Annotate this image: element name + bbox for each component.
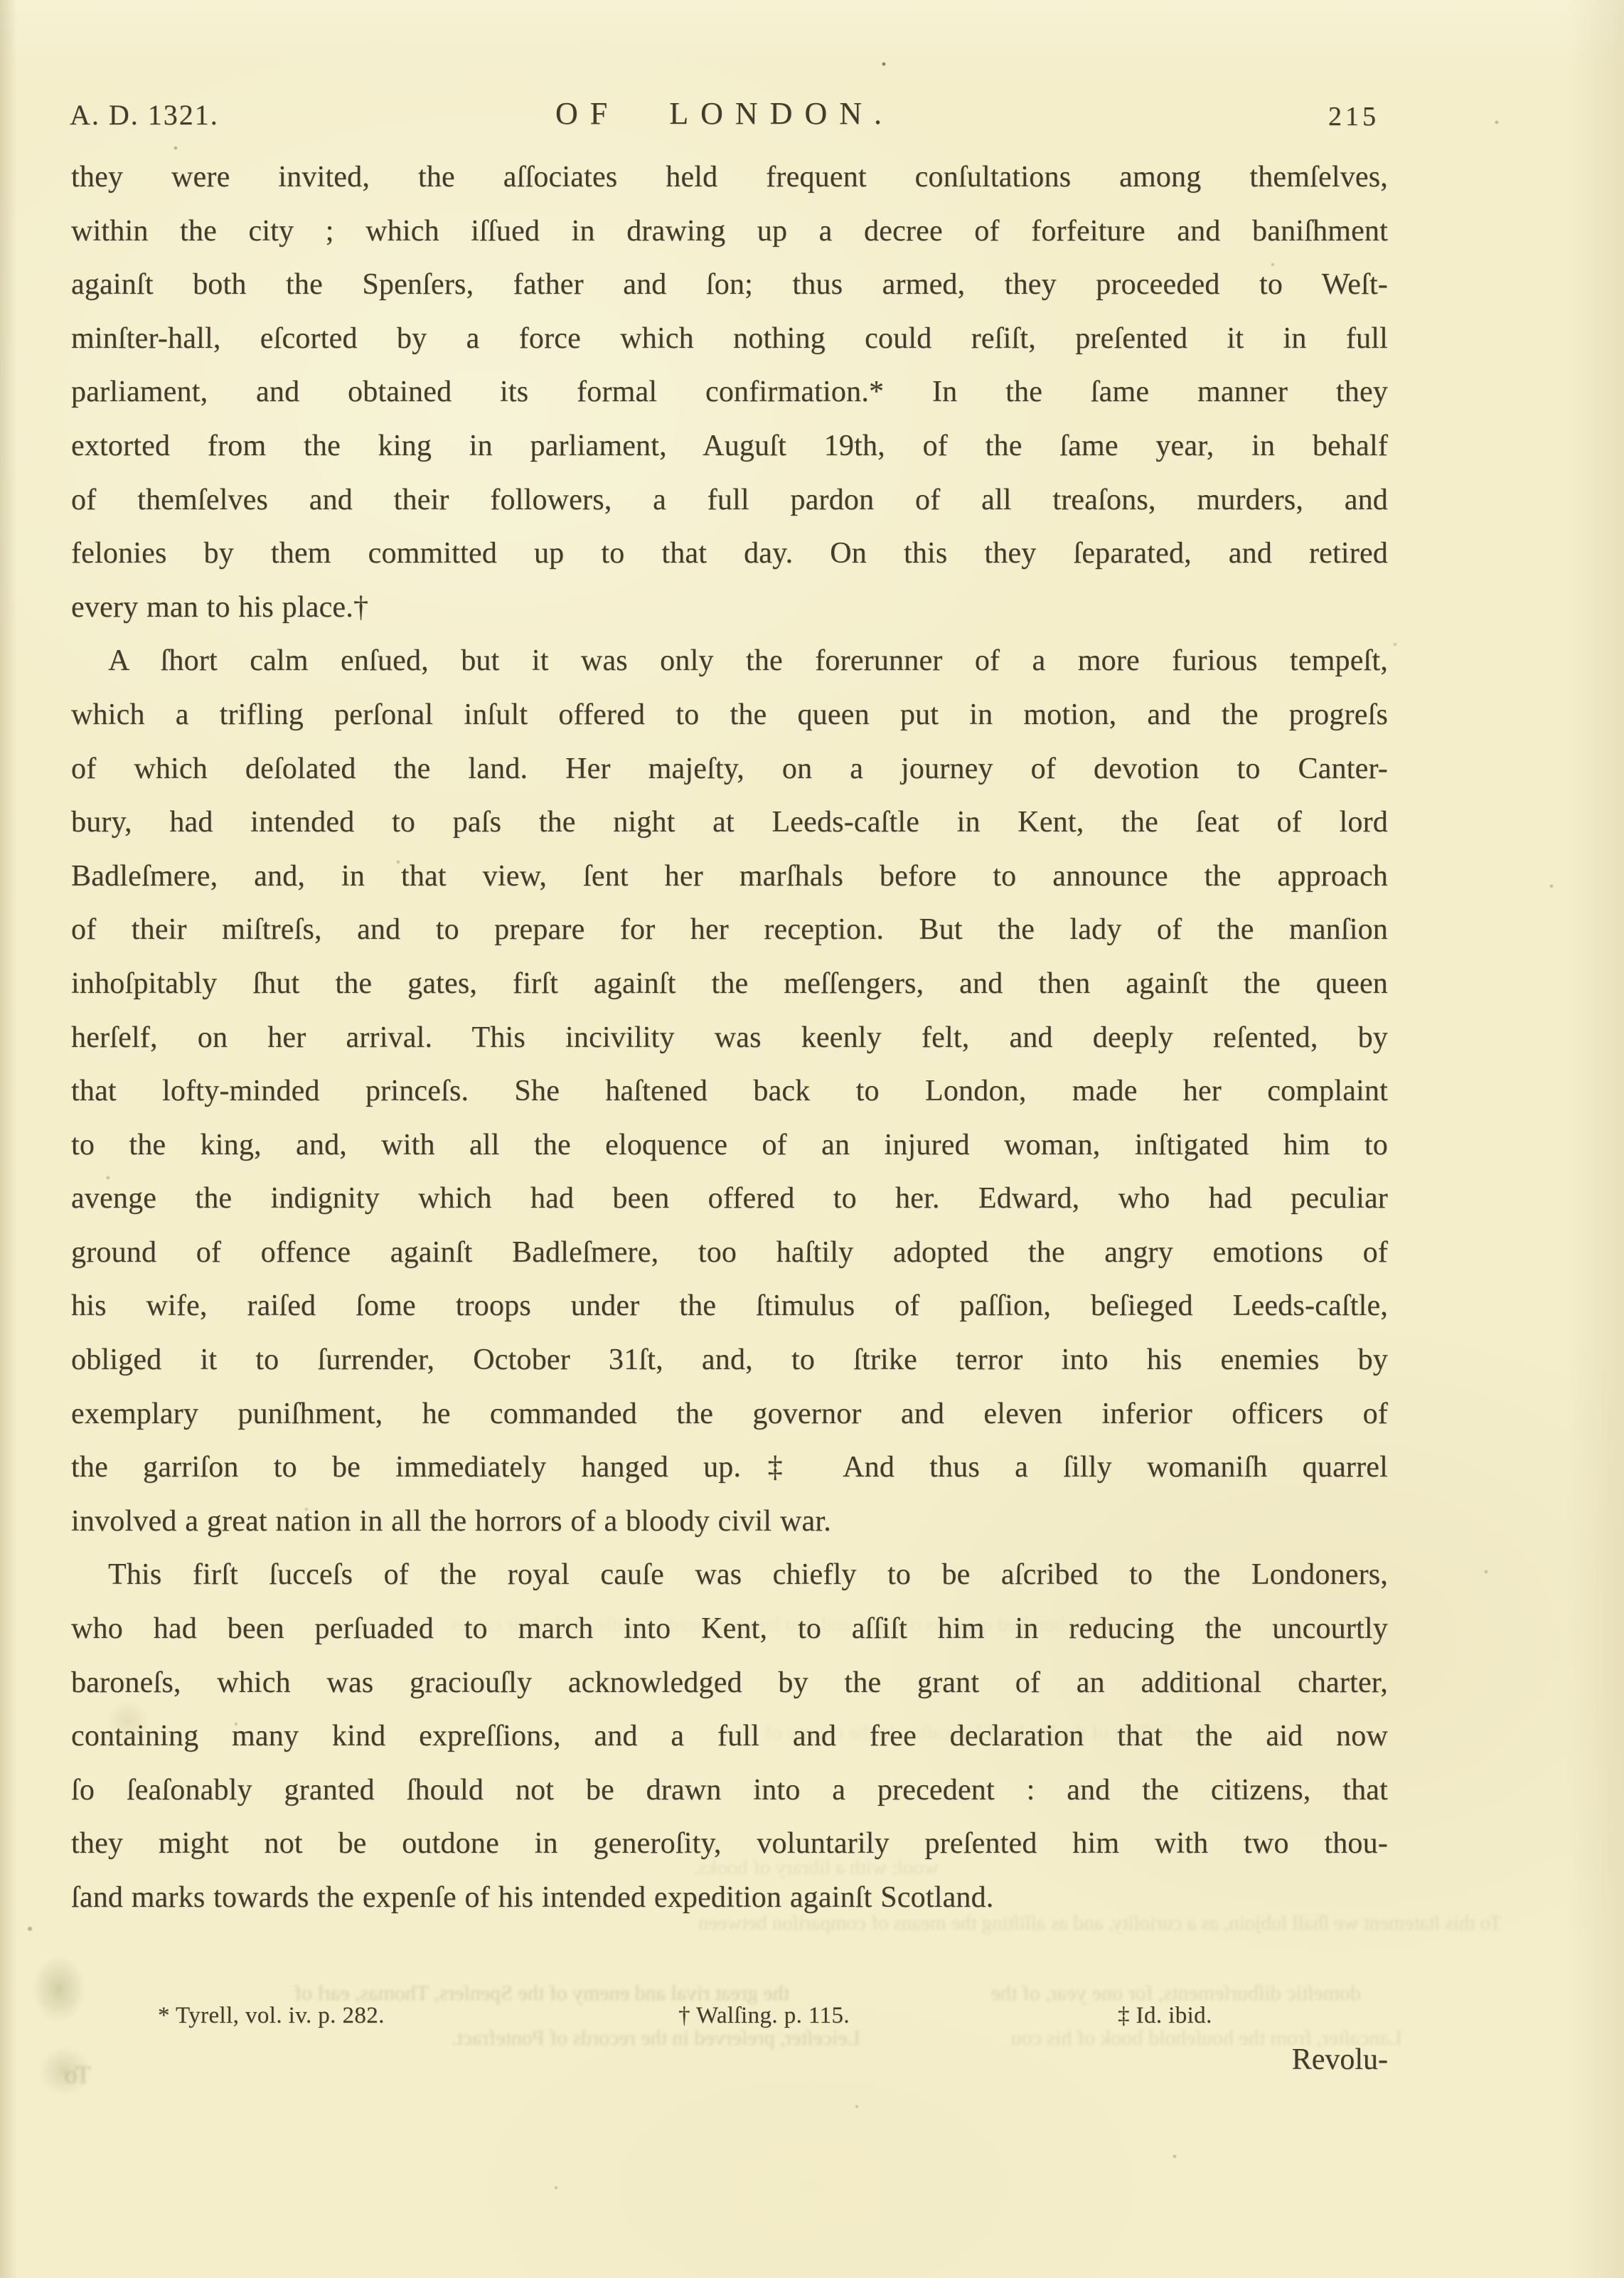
- text-line: containing many kind expreſſions, and a …: [71, 1710, 1388, 1764]
- running-title: OF LONDON.: [555, 95, 894, 132]
- text-line: Badleſmere, and, in that view, ſent her …: [71, 850, 1388, 904]
- text-line: inhoſpitably ſhut the gates, firſt again…: [71, 957, 1388, 1011]
- text-line: ſo ſeaſonably granted ſhould not be draw…: [71, 1764, 1388, 1818]
- text-line: of themſelves and their followers, a ful…: [71, 474, 1388, 528]
- text-line: which a trifling perſonal inſult offered…: [71, 688, 1388, 743]
- catchword: Revolu-: [71, 2043, 1388, 2077]
- margin-date: A. D. 1321.: [70, 98, 219, 132]
- text-line: ſand marks towards the expenſe of his in…: [71, 1871, 1388, 1925]
- text-line: within the city ; which iſſued in drawin…: [71, 205, 1388, 259]
- ink-smudge: [31, 1954, 87, 2024]
- text-line: that lofty-minded princeſs. She haſtened…: [71, 1065, 1388, 1119]
- text-line: bury, had intended to paſs the night at …: [71, 796, 1388, 850]
- text-line: who had been perſuaded to march into Ken…: [71, 1602, 1388, 1656]
- text-line: againſt both the Spenſers, father and ſo…: [71, 258, 1388, 312]
- text-line: they might not be outdone in generoſity,…: [71, 1817, 1388, 1871]
- showthrough-text: the great rival and enemy of the Spenſer…: [50, 1981, 789, 2006]
- text-line: his wife, raiſed ſome troops under the ſ…: [71, 1279, 1388, 1334]
- footnote-dagger: † Walſing. p. 115.: [678, 2003, 850, 2029]
- text-line: baroneſs, which was graciouſly acknowled…: [71, 1656, 1388, 1710]
- footnote-double-dagger: ‡ Id. ibid.: [1118, 2003, 1212, 2029]
- text-line: exemplary puniſhment, he commanded the g…: [71, 1388, 1388, 1442]
- text-line: This firſt ſucceſs of the royal cauſe wa…: [71, 1548, 1388, 1602]
- text-line: every man to his place.†: [71, 581, 1388, 635]
- text-line: herſelf, on her arrival. This incivility…: [71, 1011, 1388, 1065]
- body-text: they were invited, the aſſociates held f…: [71, 151, 1388, 1925]
- text-line: A ſhort calm enſued, but it was only the…: [71, 634, 1388, 688]
- text-line: the garriſon to be immediately hanged up…: [71, 1441, 1388, 1495]
- text-line: of their miſtreſs, and to prepare for he…: [71, 903, 1388, 957]
- paragraph-2: A ſhort calm enſued, but it was only the…: [71, 634, 1388, 1548]
- showthrough-text: domeſtic diſburſements, for one year, of…: [846, 1981, 1361, 2006]
- page-number: 215: [1328, 101, 1379, 132]
- text-line: avenge the indignity which had been offe…: [71, 1172, 1388, 1226]
- text-line: to the king, and, with all the eloquence…: [71, 1119, 1388, 1173]
- text-line: extorted from the king in parliament, Au…: [71, 420, 1388, 474]
- text-line: felonies by them committed up to that da…: [71, 527, 1388, 581]
- footnote-asterisk: * Tyrell, vol. iv. p. 282.: [158, 2003, 385, 2029]
- text-line: obliged it to ſurrender, October 31ſt, a…: [71, 1334, 1388, 1388]
- text-line: of which deſolated the land. Her majeſty…: [71, 743, 1388, 797]
- text-line: they were invited, the aſſociates held f…: [71, 151, 1388, 205]
- paragraph-1: they were invited, the aſſociates held f…: [71, 151, 1388, 634]
- book-page: A. D. 1321. OF LONDON. 215 they were inv…: [0, 0, 1624, 2278]
- text-line: ground of offence againſt Badleſmere, to…: [71, 1226, 1388, 1280]
- text-line: parliament, and obtained its formal conf…: [71, 366, 1388, 420]
- text-line: minſter-hall, eſcorted by a force which …: [71, 312, 1388, 366]
- text-line: involved a great nation in all the horro…: [71, 1495, 1388, 1549]
- paragraph-3: This firſt ſucceſs of the royal cauſe wa…: [71, 1548, 1388, 1925]
